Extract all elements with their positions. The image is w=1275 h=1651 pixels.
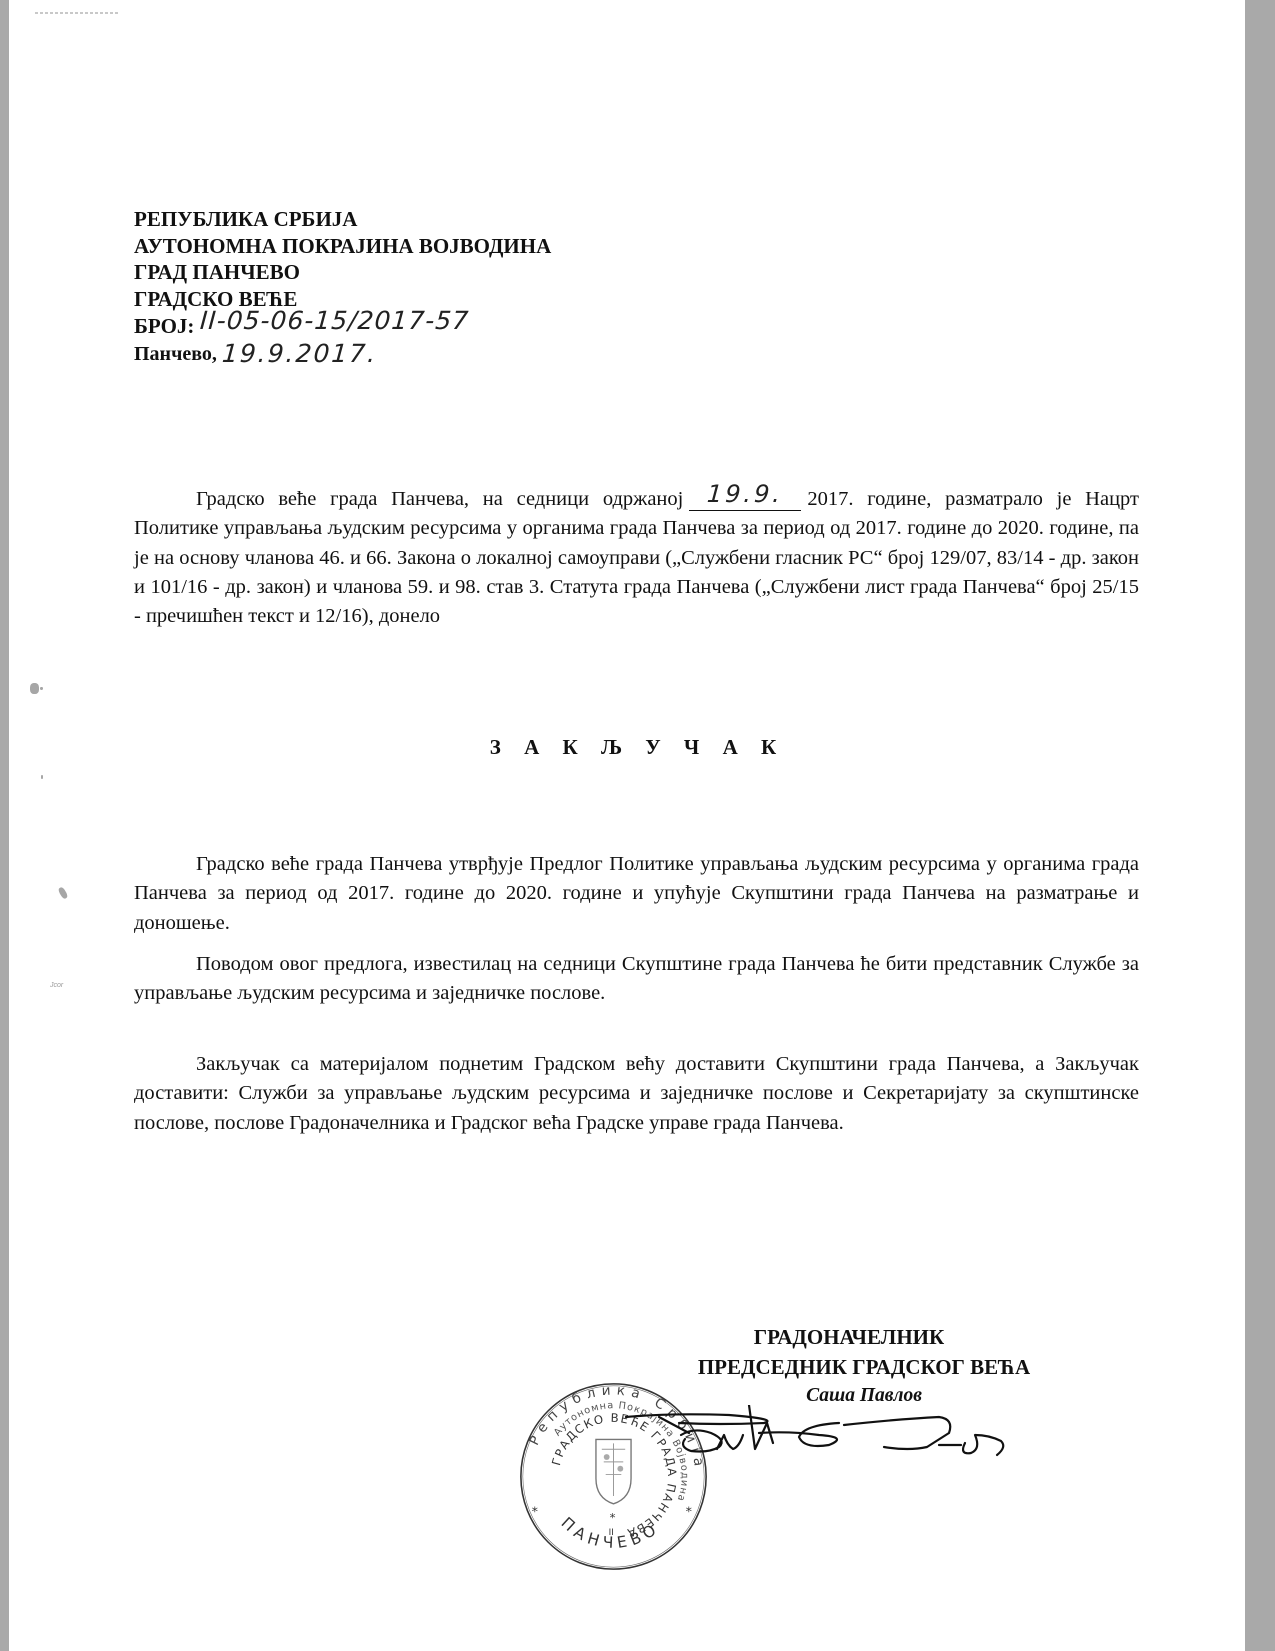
number-label: БРОЈ: bbox=[134, 314, 194, 338]
svg-text:*: * bbox=[532, 1504, 538, 1519]
document-header: РЕПУБЛИКА СРБИЈА АУТОНОМНА ПОКРАЈИНА ВОЈ… bbox=[134, 206, 551, 365]
paragraph-2-text: Поводом овог предлога, известилац на сед… bbox=[134, 953, 1139, 1004]
scan-speck bbox=[41, 775, 43, 779]
signatory-title-1: ГРАДОНАЧЕЛНИК bbox=[649, 1322, 1049, 1352]
paragraph-1: Градско веће града Панчева утврђује Пред… bbox=[134, 850, 1139, 938]
svg-text:*: * bbox=[686, 1504, 692, 1519]
header-province: АУТОНОМНА ПОКРАЈИНА ВОЈВОДИНА bbox=[134, 233, 551, 260]
scan-artifact bbox=[35, 12, 120, 14]
place-label: Панчево, bbox=[134, 343, 217, 365]
scan-speck bbox=[40, 687, 43, 690]
scan-speck bbox=[57, 886, 68, 899]
header-number: БРОЈ: II-05-06-15/2017-57 bbox=[134, 312, 551, 339]
number-value-handwritten: II-05-06-15/2017-57 bbox=[199, 308, 470, 335]
intro-paragraph: Градско веће града Панчева, на седници о… bbox=[134, 485, 1139, 631]
document-title: З А К Љ У Ч А К bbox=[0, 735, 1275, 760]
paragraph-2: Поводом овог предлога, известилац на сед… bbox=[134, 950, 1139, 1009]
intro-before-blank: Градско веће града Панчева, на седници о… bbox=[196, 488, 683, 510]
header-place-date: Панчево, 19.9.2017. bbox=[134, 339, 551, 366]
scan-speck bbox=[30, 683, 39, 694]
handwritten-signature-icon bbox=[609, 1405, 1029, 1475]
scanned-page: Jcor РЕПУБЛИКА СРБИЈА АУТОНОМНА ПОКРАЈИН… bbox=[9, 0, 1245, 1651]
date-value-handwritten: 19.9.2017. bbox=[221, 341, 378, 368]
header-city: ГРАД ПАНЧЕВО bbox=[134, 259, 551, 286]
svg-text:II: II bbox=[609, 1528, 614, 1538]
signatory-title-2: ПРЕДСЕДНИК ГРАДСКОГ ВЕЋА bbox=[679, 1352, 1049, 1382]
paragraph-3-text: Закључак са материјалом поднетим Градско… bbox=[134, 1053, 1139, 1134]
paragraph-3: Закључак са материјалом поднетим Градско… bbox=[134, 1050, 1139, 1138]
session-date-blank: 19.9. bbox=[689, 486, 801, 511]
paragraph-1-text: Градско веће града Панчева утврђује Пред… bbox=[134, 853, 1139, 934]
session-date-handwritten: 19.9. bbox=[707, 483, 785, 505]
margin-note: Jcor bbox=[50, 982, 63, 989]
header-republic: РЕПУБЛИКА СРБИЈА bbox=[134, 206, 551, 233]
svg-text:*: * bbox=[610, 1510, 616, 1524]
